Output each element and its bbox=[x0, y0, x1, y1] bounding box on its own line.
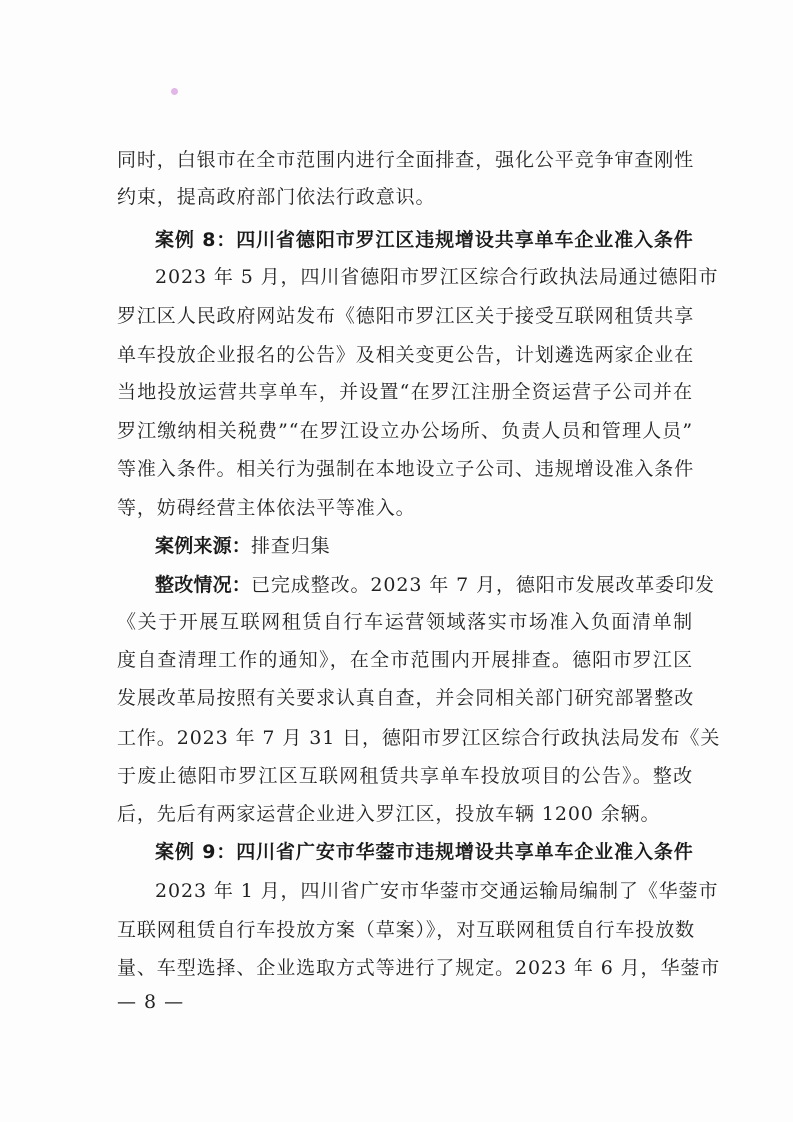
case8-body-line: 等准入条件。相关行为强制在本地设立子公司、违规增设准入条件 bbox=[117, 457, 693, 481]
document-page: 同时，白银市在全市范围内进行全面排查，强化公平竞争审查刚性 约束，提高政府部门依… bbox=[0, 0, 793, 1122]
paragraph-line: 约束，提高政府部门依法行政意识。 bbox=[117, 185, 693, 209]
case9-body-line: 2023 年 1 月，四川省广安市华蓥市交通运输局编制了《华蓥市 bbox=[155, 879, 693, 903]
case8-body-line: 等，妨碍经营主体依法平等准入。 bbox=[117, 496, 693, 520]
case8-body-line: 罗江缴纳相关税费”“在罗江设立办公场所、负责人员和管理人员” bbox=[117, 419, 693, 443]
case8-heading: 案例 8：四川省德阳市罗江区违规增设共享单车企业准入条件 bbox=[155, 228, 693, 252]
case8-rectify-line: 于废止德阳市罗江区互联网租赁共享单车投放项目的公告》。整改 bbox=[117, 764, 693, 788]
case8-source: 案例来源：排查归集 bbox=[155, 534, 693, 558]
case8-rectify-first: 整改情况：已完成整改。2023 年 7 月，德阳市发展改革委印发 bbox=[155, 573, 693, 597]
pink-mark bbox=[171, 88, 178, 95]
case8-rectify-line: 《关于开展互联网租赁自行车运营领域落实市场准入负面清单制 bbox=[117, 610, 693, 634]
rectify-label: 整改情况： bbox=[155, 574, 251, 596]
case9-body-line: 量、车型选择、企业选取方式等进行了规定。2023 年 6 月，华蓥市 bbox=[117, 956, 693, 980]
source-value: 排查归集 bbox=[251, 535, 331, 557]
case8-rectify-line: 发展改革局按照有关要求认真自查，并会同相关部门研究部署整改 bbox=[117, 686, 693, 710]
case8-rectify-line: 后，先后有两家运营企业进入罗江区，投放车辆 1200 余辆。 bbox=[117, 802, 693, 826]
case8-rectify-line: 度自查清理工作的通知》，在全市范围内开展排查。德阳市罗江区 bbox=[117, 648, 693, 672]
source-label: 案例来源： bbox=[155, 535, 251, 557]
case8-body-line: 罗江区人民政府网站发布《德阳市罗江区关于接受互联网租赁共享 bbox=[117, 304, 693, 328]
rectify-text: 已完成整改。2023 年 7 月，德阳市发展改革委印发 bbox=[251, 574, 715, 596]
case8-body-line: 2023 年 5 月，四川省德阳市罗江区综合行政执法局通过德阳市 bbox=[155, 265, 693, 289]
case8-body-line: 当地投放运营共享单车，并设置“在罗江注册全资运营子公司并在 bbox=[117, 380, 693, 404]
page-number: — 8 — bbox=[117, 990, 184, 1014]
case9-body-line: 互联网租赁自行车投放方案（草案）》，对互联网租赁自行车投放数 bbox=[117, 918, 693, 942]
case8-body-line: 单车投放企业报名的公告》及相关变更公告，计划遴选两家企业在 bbox=[117, 343, 693, 367]
paragraph-line: 同时，白银市在全市范围内进行全面排查，强化公平竞争审查刚性 bbox=[117, 148, 693, 172]
case9-heading: 案例 9：四川省广安市华蓥市违规增设共享单车企业准入条件 bbox=[155, 840, 693, 864]
case8-rectify-line: 工作。2023 年 7 月 31 日，德阳市罗江区综合行政执法局发布《关 bbox=[117, 726, 693, 750]
